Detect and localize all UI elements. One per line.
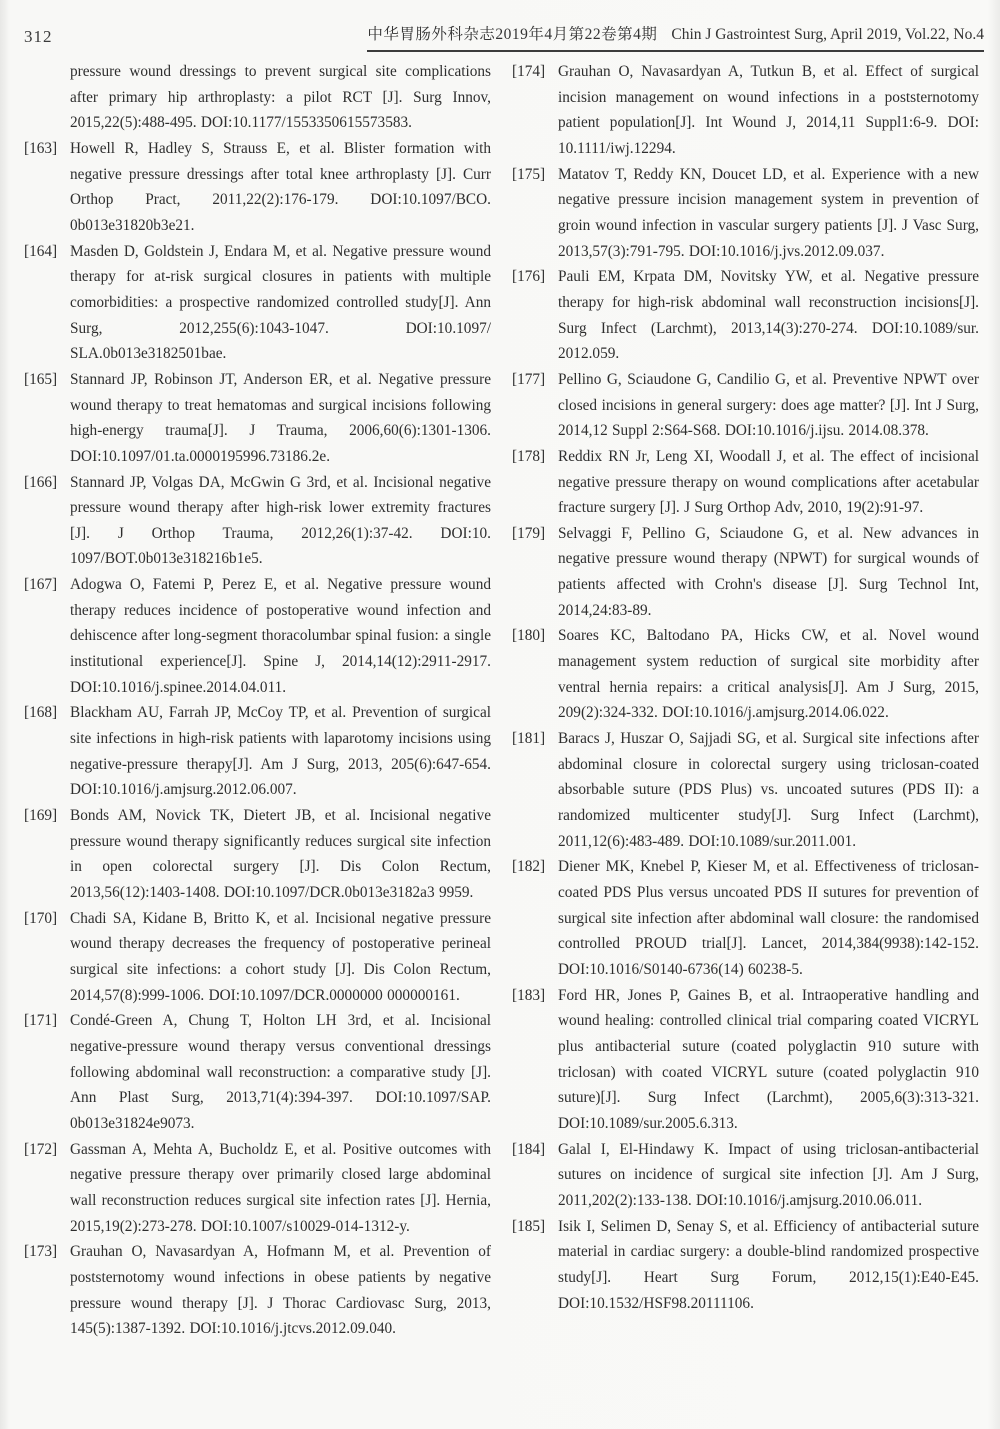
reference-item: [174] Grauhan O, Navasardyan A, Tutkun B… [512, 59, 979, 162]
reference-text: Reddix RN Jr, Leng XI, Woodall J, et al.… [558, 444, 979, 521]
reference-item: [179] Selvaggi F, Pellino G, Sciaudone G… [512, 521, 979, 624]
reference-number: [180] [512, 623, 558, 726]
reference-item: [182] Diener MK, Knebel P, Kieser M, et … [512, 854, 979, 982]
reference-text: Grauhan O, Navasardyan A, Tutkun B, et a… [558, 59, 979, 162]
reference-text: Stannard JP, Robinson JT, Anderson ER, e… [70, 367, 491, 470]
reference-number: [185] [512, 1214, 558, 1317]
reference-item: [169] Bonds AM, Novick TK, Dietert JB, e… [24, 803, 491, 906]
reference-number: [164] [24, 239, 70, 367]
reference-text: Blackham AU, Farrah JP, McCoy TP, et al.… [70, 700, 491, 803]
reference-number: [174] [512, 59, 558, 162]
reference-item: [185] Isik I, Selimen D, Senay S, et al.… [512, 1214, 979, 1317]
reference-text: Gassman A, Mehta A, Bucholdz E, et al. P… [70, 1137, 491, 1240]
journal-title-english: Chin J Gastrointest Surg, April 2019, Vo… [671, 26, 984, 43]
reference-number: [172] [24, 1137, 70, 1240]
reference-item: [172] Gassman A, Mehta A, Bucholdz E, et… [24, 1137, 491, 1240]
reference-number: [182] [512, 854, 558, 982]
reference-item: [166] Stannard JP, Volgas DA, McGwin G 3… [24, 470, 491, 573]
reference-text: Pauli EM, Krpata DM, Novitsky YW, et al.… [558, 264, 979, 367]
reference-item: [181] Baracs J, Huszar O, Sajjadi SG, et… [512, 726, 979, 854]
journal-title-chinese: 中华胃肠外科杂志2019年4月第22卷第4期 [367, 26, 657, 43]
reference-item: [165] Stannard JP, Robinson JT, Anderson… [24, 367, 491, 470]
reference-number: [184] [512, 1137, 558, 1214]
reference-number: [177] [512, 367, 558, 444]
reference-number: [166] [24, 470, 70, 573]
reference-number: [179] [512, 521, 558, 624]
journal-page: 312 中华胃肠外科杂志2019年4月第22卷第4期Chin J Gastroi… [0, 0, 1000, 1429]
reference-text: Grauhan O, Navasardyan A, Hofmann M, et … [70, 1239, 491, 1342]
reference-text: Condé-Green A, Chung T, Holton LH 3rd, e… [70, 1008, 491, 1136]
reference-item: [177] Pellino G, Sciaudone G, Candilio G… [512, 367, 979, 444]
reference-item: [183] Ford HR, Jones P, Gaines B, et al.… [512, 983, 979, 1137]
reference-number: [173] [24, 1239, 70, 1342]
reference-number: [163] [24, 136, 70, 239]
reference-item: [173] Grauhan O, Navasardyan A, Hofmann … [24, 1239, 491, 1342]
reference-item: [168] Blackham AU, Farrah JP, McCoy TP, … [24, 700, 491, 803]
page-header: 312 中华胃肠外科杂志2019年4月第22卷第4期Chin J Gastroi… [0, 0, 1000, 52]
reference-item: [178] Reddix RN Jr, Leng XI, Woodall J, … [512, 444, 979, 521]
reference-item: [175] Matatov T, Reddy KN, Doucet LD, et… [512, 162, 979, 265]
reference-item: [167] Adogwa O, Fatemi P, Perez E, et al… [24, 572, 491, 700]
reference-number: [168] [24, 700, 70, 803]
reference-number [24, 59, 70, 136]
reference-text: Matatov T, Reddy KN, Doucet LD, et al. E… [558, 162, 979, 265]
reference-text: Soares KC, Baltodano PA, Hicks CW, et al… [558, 623, 979, 726]
reference-item: [184] Galal I, El-Hindawy K. Impact of u… [512, 1137, 979, 1214]
reference-text: Baracs J, Huszar O, Sajjadi SG, et al. S… [558, 726, 979, 854]
reference-item: pressure wound dressings to prevent surg… [24, 59, 491, 136]
reference-text: Stannard JP, Volgas DA, McGwin G 3rd, et… [70, 470, 491, 573]
reference-text: Ford HR, Jones P, Gaines B, et al. Intra… [558, 983, 979, 1137]
reference-text: Selvaggi F, Pellino G, Sciaudone G, et a… [558, 521, 979, 624]
reference-number: [175] [512, 162, 558, 265]
reference-text: Isik I, Selimen D, Senay S, et al. Effic… [558, 1214, 979, 1317]
reference-number: [167] [24, 572, 70, 700]
reference-text: Bonds AM, Novick TK, Dietert JB, et al. … [70, 803, 491, 906]
page-number: 312 [24, 27, 53, 52]
journal-title: 中华胃肠外科杂志2019年4月第22卷第4期Chin J Gastrointes… [367, 22, 984, 52]
reference-item: [170] Chadi SA, Kidane B, Britto K, et a… [24, 906, 491, 1009]
reference-text: Howell R, Hadley S, Strauss E, et al. Bl… [70, 136, 491, 239]
references-column-left: pressure wound dressings to prevent surg… [24, 59, 491, 1342]
reference-number: [183] [512, 983, 558, 1137]
reference-number: [176] [512, 264, 558, 367]
reference-number: [178] [512, 444, 558, 521]
reference-number: [170] [24, 906, 70, 1009]
reference-number: [165] [24, 367, 70, 470]
reference-item: [176] Pauli EM, Krpata DM, Novitsky YW, … [512, 264, 979, 367]
reference-text: Galal I, El-Hindawy K. Impact of using t… [558, 1137, 979, 1214]
reference-item: [163] Howell R, Hadley S, Strauss E, et … [24, 136, 491, 239]
reference-text: Adogwa O, Fatemi P, Perez E, et al. Nega… [70, 572, 491, 700]
reference-list: pressure wound dressings to prevent surg… [0, 52, 1000, 1342]
reference-number: [169] [24, 803, 70, 906]
reference-item: [180] Soares KC, Baltodano PA, Hicks CW,… [512, 623, 979, 726]
reference-number: [181] [512, 726, 558, 854]
reference-text: pressure wound dressings to prevent surg… [70, 59, 491, 136]
reference-text: Diener MK, Knebel P, Kieser M, et al. Ef… [558, 854, 979, 982]
reference-item: [171] Condé-Green A, Chung T, Holton LH … [24, 1008, 491, 1136]
reference-text: Chadi SA, Kidane B, Britto K, et al. Inc… [70, 906, 491, 1009]
reference-text: Masden D, Goldstein J, Endara M, et al. … [70, 239, 491, 367]
reference-text: Pellino G, Sciaudone G, Candilio G, et a… [558, 367, 979, 444]
reference-number: [171] [24, 1008, 70, 1136]
references-column-right: [174] Grauhan O, Navasardyan A, Tutkun B… [512, 59, 979, 1342]
reference-item: [164] Masden D, Goldstein J, Endara M, e… [24, 239, 491, 367]
